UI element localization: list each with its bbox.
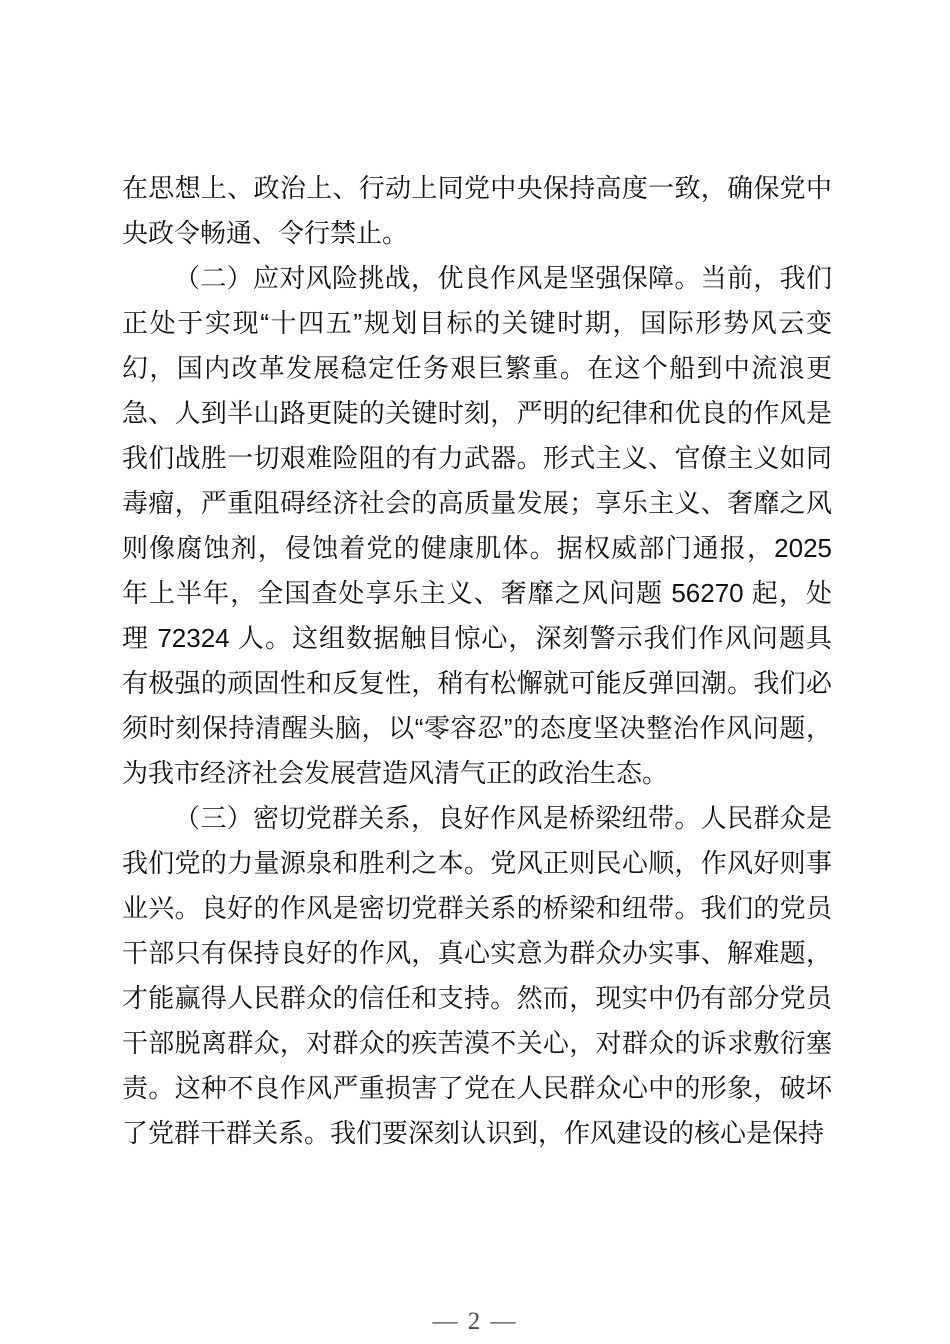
paragraph-section-two: （二）应对风险挑战，优良作风是坚强保障。当前，我们正处于实现“十四五”规划目标的… — [122, 256, 832, 796]
page-number: — 2 — — [0, 1306, 950, 1338]
document-body: 在思想上、政治上、行动上同党中央保持高度一致，确保党中央政令畅通、令行禁止。 （… — [122, 166, 832, 1156]
paragraph-section-three: （三）密切党群关系，良好作风是桥梁纽带。人民群众是我们党的力量源泉和胜利之本。党… — [122, 796, 832, 1156]
paragraph-continuation: 在思想上、政治上、行动上同党中央保持高度一致，确保党中央政令畅通、令行禁止。 — [122, 166, 832, 256]
document-page: 在思想上、政治上、行动上同党中央保持高度一致，确保党中央政令畅通、令行禁止。 （… — [0, 0, 950, 1344]
